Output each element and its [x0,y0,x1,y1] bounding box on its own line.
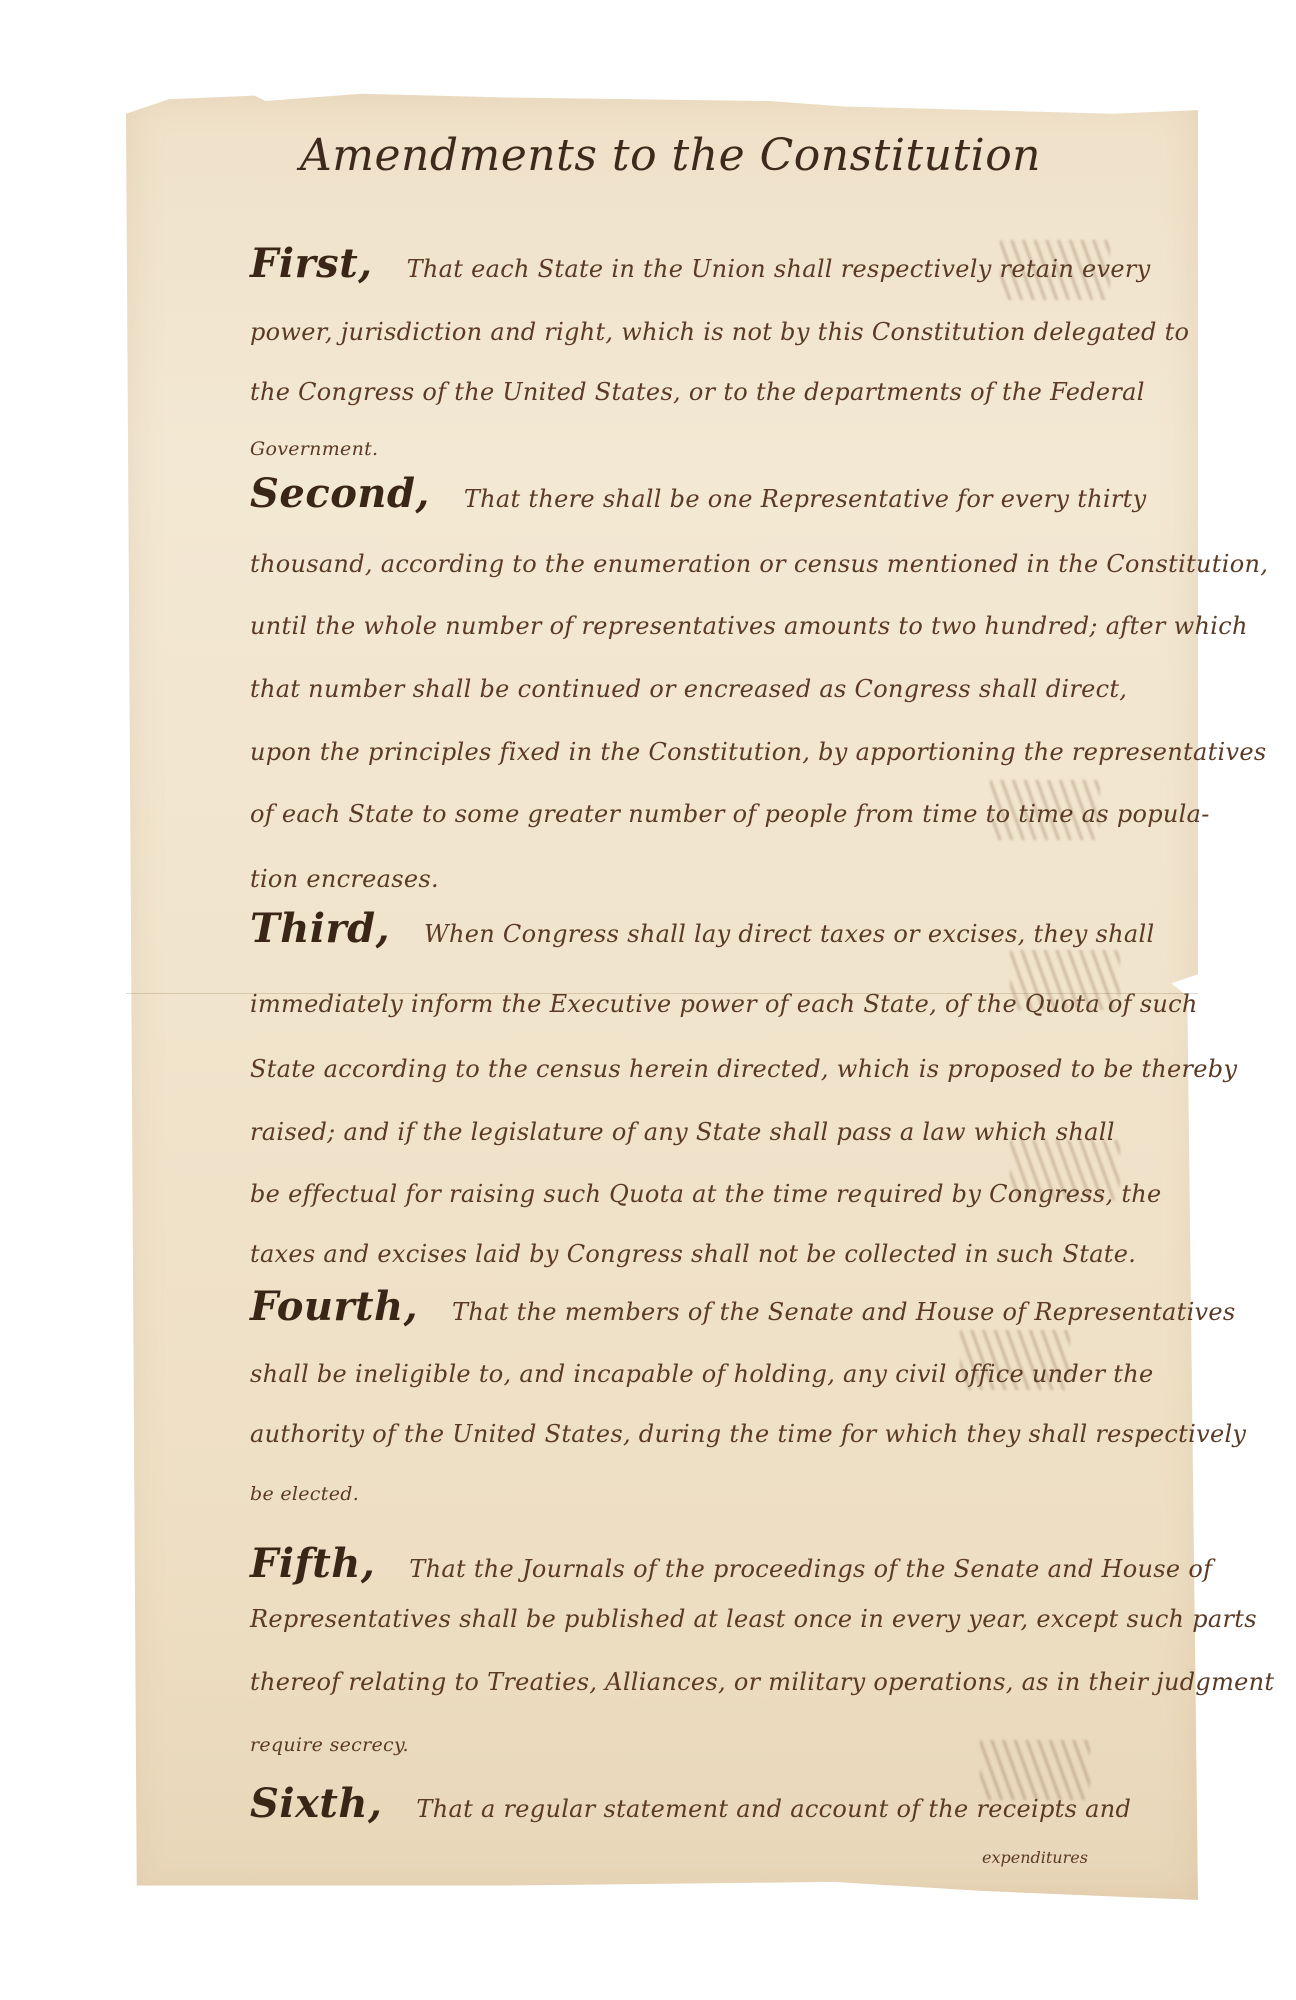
amendment-text-line: Representatives shall be published at le… [250,1605,1257,1633]
amendment-text-line: raised; and if the legislature of any St… [250,1118,1115,1146]
amendment-ordinal: Fifth, [250,1540,375,1587]
amendment-text: That the Journals of the proceedings of … [409,1555,1212,1583]
amendment-text: That each State in the Union shall respe… [407,255,1151,283]
amendment-text-line: be elected. [250,1483,359,1505]
amendment-text-line: shall be ineligible to, and incapable of… [250,1360,1154,1388]
amendment-text: That there shall be one Representative f… [464,485,1147,513]
amendment-text-line: immediately inform the Executive power o… [250,990,1198,1018]
amendment-ordinal: First, [250,240,373,287]
amendment-text-line: until the whole number of representative… [250,612,1248,640]
amendment-text: That a regular statement and account of … [416,1795,1131,1823]
amendment-fourth-line-1: Fourth,That the members of the Senate an… [250,1283,1236,1330]
amendment-first-line-1: First,That each State in the Union shall… [250,240,1151,287]
amendment-text-line: Government. [250,438,378,460]
amendment-text-line: tion encreases. [250,865,439,893]
amendment-third-line-1: Third,When Congress shall lay direct tax… [250,905,1154,952]
amendment-text-line: State according to the census herein dir… [250,1055,1237,1083]
amendment-ordinal: Third, [250,905,390,952]
amendment-fifth-line-1: Fifth,That the Journals of the proceedin… [250,1540,1212,1587]
amendment-text-line: thereof relating to Treaties, Alliances,… [250,1668,1274,1696]
amendment-text-line: authority of the United States, during t… [250,1420,1246,1448]
amendment-text-line: the Congress of the United States, or to… [250,378,1145,406]
amendment-text-line: thousand, according to the enumeration o… [250,550,1268,578]
amendment-text: When Congress shall lay direct taxes or … [424,920,1154,948]
amendment-sixth-line-1: Sixth,That a regular statement and accou… [250,1780,1131,1827]
document-title: Amendments to the Constitution [300,130,1041,181]
amendment-ordinal: Second, [250,470,430,517]
amendment-text-line: be effectual for raising such Quota at t… [250,1180,1162,1208]
amendment-text-line: power, jurisdiction and right, which is … [250,318,1189,346]
amendment-text-line: taxes and excises laid by Congress shall… [250,1240,1136,1268]
amendment-ordinal: Sixth, [250,1780,382,1827]
amendment-text-line: of each State to some greater number of … [250,800,1210,828]
amendment-second-line-1: Second,That there shall be one Represent… [250,470,1146,517]
catchword: expenditures [982,1848,1088,1867]
amendment-text: That the members of the Senate and House… [452,1298,1236,1326]
amendment-text-line: upon the principles fixed in the Constit… [250,738,1266,766]
amendment-text-line: require secrecy. [250,1734,409,1756]
amendment-text-line: that number shall be continued or encrea… [250,675,1127,703]
amendment-ordinal: Fourth, [250,1283,418,1330]
